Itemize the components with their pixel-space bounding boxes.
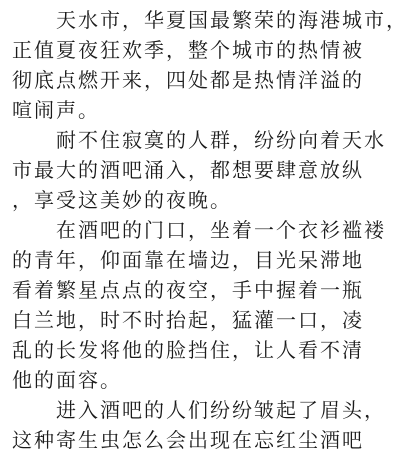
text-line: 他的面容。 bbox=[12, 365, 392, 395]
text-line: 这种寄生虫怎么会出现在忘红尘酒吧 bbox=[12, 425, 392, 455]
text-line: 进入酒吧的人们纷纷皱起了眉头， bbox=[12, 395, 392, 425]
paragraph-2: 耐不住寂寞的人群，纷纷向着天水 市最大的酒吧涌入，都想要肆意放纵 ，享受这美妙的… bbox=[12, 125, 392, 215]
text-line: 喧闹声。 bbox=[12, 95, 392, 125]
text-line: 看着繁星点点的夜空，手中握着一瓶 bbox=[12, 275, 392, 305]
paragraph-1: 天水市，华夏国最繁荣的海港城市， 正值夏夜狂欢季，整个城市的热情被 彻底点燃开来… bbox=[12, 5, 392, 125]
text-line: 白兰地，时不时抬起，猛灌一口，凌 bbox=[12, 305, 392, 335]
text-line: 的青年，仰面靠在墙边，目光呆滞地 bbox=[12, 245, 392, 275]
paragraph-3: 在酒吧的门口，坐着一个衣衫褴褛 的青年，仰面靠在墙边，目光呆滞地 看着繁星点点的… bbox=[12, 215, 392, 395]
document-page: 天水市，华夏国最繁荣的海港城市， 正值夏夜狂欢季，整个城市的热情被 彻底点燃开来… bbox=[12, 5, 392, 455]
text-line: 乱的长发将他的脸挡住，让人看不清 bbox=[12, 335, 392, 365]
text-line: 在酒吧的门口，坐着一个衣衫褴褛 bbox=[12, 215, 392, 245]
paragraph-4: 进入酒吧的人们纷纷皱起了眉头， 这种寄生虫怎么会出现在忘红尘酒吧 bbox=[12, 395, 392, 455]
text-line: 耐不住寂寞的人群，纷纷向着天水 bbox=[12, 125, 392, 155]
text-line: ，享受这美妙的夜晚。 bbox=[12, 185, 392, 215]
text-line: 市最大的酒吧涌入，都想要肆意放纵 bbox=[12, 155, 392, 185]
text-line: 正值夏夜狂欢季，整个城市的热情被 bbox=[12, 35, 392, 65]
text-line: 天水市，华夏国最繁荣的海港城市， bbox=[12, 5, 392, 35]
text-line: 彻底点燃开来，四处都是热情洋溢的 bbox=[12, 65, 392, 95]
